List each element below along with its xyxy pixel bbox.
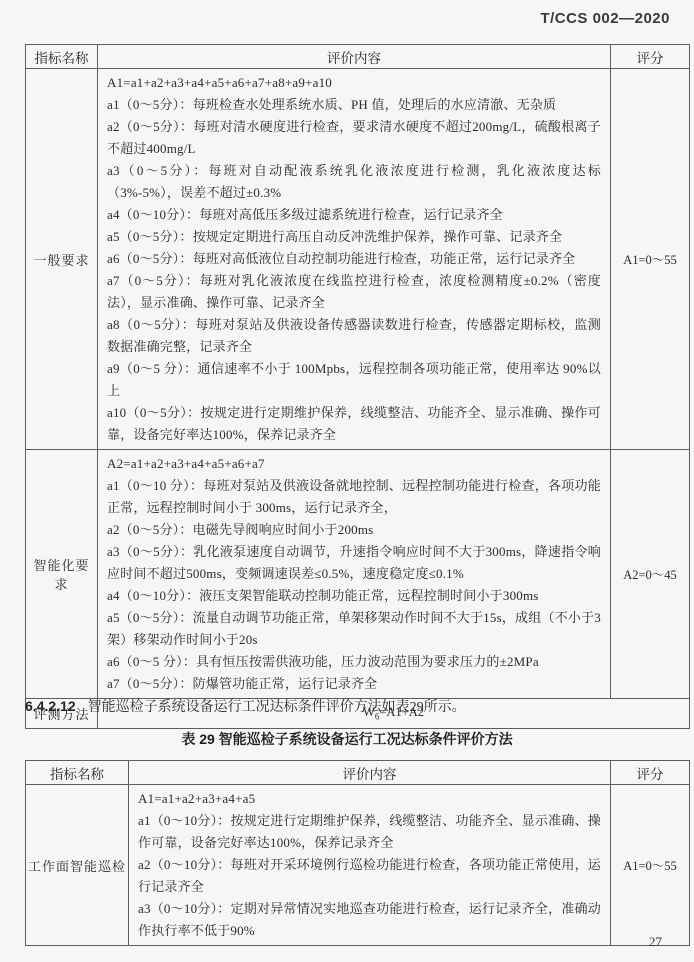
score-value: A1=0～55 — [611, 785, 690, 946]
eval-item: a2（0～5分）：每班对清水硬度进行检查，要求清水硬度不超过200mg/L，硫酸… — [107, 116, 601, 160]
document-page: T/CCS 002—2020 指标名称 评价内容 评分 一般要求 A1=a1+a… — [0, 0, 694, 962]
table-header-row: 指标名称 评价内容 评分 — [26, 45, 690, 69]
eval-item: a5（0～5分）：按规定定期进行高压自动反冲洗维护保养，操作可靠、记录齐全 — [107, 226, 601, 248]
eval-item: a8（0～5分）：每班对泵站及供液设备传感器读数进行检查，传感器定期标校，监测数… — [107, 314, 601, 358]
eval-item: a1（0～10 分）：每班对泵站及供液设备就地控制、远程控制功能进行检查，各项功… — [107, 475, 601, 519]
eval-content-cell: A1=a1+a2+a3+a4+a5+a6+a7+a8+a9+a10 a1（0～5… — [98, 69, 611, 450]
eval-item: a9（0～5 分）：通信速率不小于 100Mpbs，远程控制各项功能正常，使用率… — [107, 358, 601, 402]
eval-item: a6（0～5 分）：具有恒压按需供液功能，压力波动范围为要求压力的±2MPa — [107, 651, 601, 673]
eval-item: a1（0～5分）：每班检查水处理系统水质、PH 值，处理后的水应清澈、无杂质 — [107, 94, 601, 116]
score-value: A2=0～45 — [611, 450, 690, 699]
score-value: A1=0～55 — [611, 69, 690, 450]
eval-item: A2=a1+a2+a3+a4+a5+a6+a7 — [107, 453, 601, 475]
table-row-intelligence-requirements: 智能化要求 A2=a1+a2+a3+a4+a5+a6+a7 a1（0～10 分）… — [26, 450, 690, 699]
standard-number: T/CCS 002—2020 — [540, 10, 670, 27]
table-row-workface-smart-inspection: 工作面智能巡检 A1=a1+a2+a3+a4+a5 a1（0～10分）：按规定进… — [26, 785, 690, 946]
eval-content-cell: A1=a1+a2+a3+a4+a5 a1（0～10分）：按规定进行定期维护保养，… — [129, 785, 611, 946]
table-header-row: 指标名称 评价内容 评分 — [26, 761, 690, 785]
table-29-caption: 表 29 智能巡检子系统设备运行工况达标条件评价方法 — [0, 729, 694, 749]
col-header-score: 评分 — [611, 45, 690, 69]
col-header-indicator-name: 指标名称 — [26, 761, 129, 785]
indicator-name: 工作面智能巡检 — [26, 785, 129, 946]
eval-content-cell: A2=a1+a2+a3+a4+a5+a6+a7 a1（0～10 分）：每班对泵站… — [98, 450, 611, 699]
eval-item: a7（0～5分）：防爆管功能正常，运行记录齐全 — [107, 673, 601, 695]
eval-item: a2（0～10分）：每班对开采环境例行巡检功能进行检查，各项功能正常使用，运行记… — [138, 854, 601, 898]
col-header-indicator-name: 指标名称 — [26, 45, 98, 69]
col-header-eval-content: 评价内容 — [129, 761, 611, 785]
col-header-eval-content: 评价内容 — [98, 45, 611, 69]
eval-item: a10（0～5分）：按规定进行定期维护保养，线缆整洁、功能齐全、显示准确、操作可… — [107, 402, 601, 446]
evaluation-table-inspection-subsystem: 指标名称 评价内容 评分 工作面智能巡检 A1=a1+a2+a3+a4+a5 a… — [25, 760, 690, 946]
eval-item: a7（0～5分）：每班对乳化液浓度在线监控进行检查，浓度检测精度±0.2%（密度… — [107, 270, 601, 314]
indicator-name: 一般要求 — [26, 69, 98, 450]
eval-item: a5（0～5分）：流量自动调节功能正常，单架移架动作时间不大于15s，成组（不小… — [107, 607, 601, 651]
eval-item: A1=a1+a2+a3+a4+a5+a6+a7+a8+a9+a10 — [107, 72, 601, 94]
clause-text: 智能巡检子系统设备运行工况达标条件评价方法如表29所示。 — [88, 700, 466, 715]
table-row-general-requirements: 一般要求 A1=a1+a2+a3+a4+a5+a6+a7+a8+a9+a10 a… — [26, 69, 690, 450]
eval-item: A1=a1+a2+a3+a4+a5 — [138, 788, 601, 810]
eval-item: a4（0～10分）：液压支架智能联动控制功能正常，远程控制时间小于300ms — [107, 585, 601, 607]
page-number: 27 — [649, 934, 662, 950]
eval-item: a3（0～10分）：定期对异常情况实地巡查功能进行检查，运行记录齐全，准确动作执… — [138, 898, 601, 942]
col-header-score: 评分 — [611, 761, 690, 785]
indicator-name: 智能化要求 — [26, 450, 98, 699]
eval-item: a3（0～5分）：乳化液泵速度自动调节，升速指令响应时间不大于300ms，降速指… — [107, 541, 601, 585]
eval-item: a1（0～10分）：按规定进行定期维护保养，线缆整洁、功能齐全、显示准确、操作可… — [138, 810, 601, 854]
evaluation-table-supply-subsystem: 指标名称 评价内容 评分 一般要求 A1=a1+a2+a3+a4+a5+a6+a… — [25, 44, 690, 729]
clause-paragraph: 6.4.2.12智能巡检子系统设备运行工况达标条件评价方法如表29所示。 — [25, 696, 675, 716]
eval-item: a3（0～5分）：每班对自动配液系统乳化液浓度进行检测，乳化液浓度达标（3%-5… — [107, 160, 601, 204]
eval-item: a2（0～5分）：电磁先导阀响应时间小于200ms — [107, 519, 601, 541]
eval-item: a4（0～10分）：每班对高低压多级过滤系统进行检查，运行记录齐全 — [107, 204, 601, 226]
eval-item: a6（0～5分）：每班对高低液位自动控制功能进行检查，功能正常，运行记录齐全 — [107, 248, 601, 270]
clause-number: 6.4.2.12 — [25, 698, 76, 714]
